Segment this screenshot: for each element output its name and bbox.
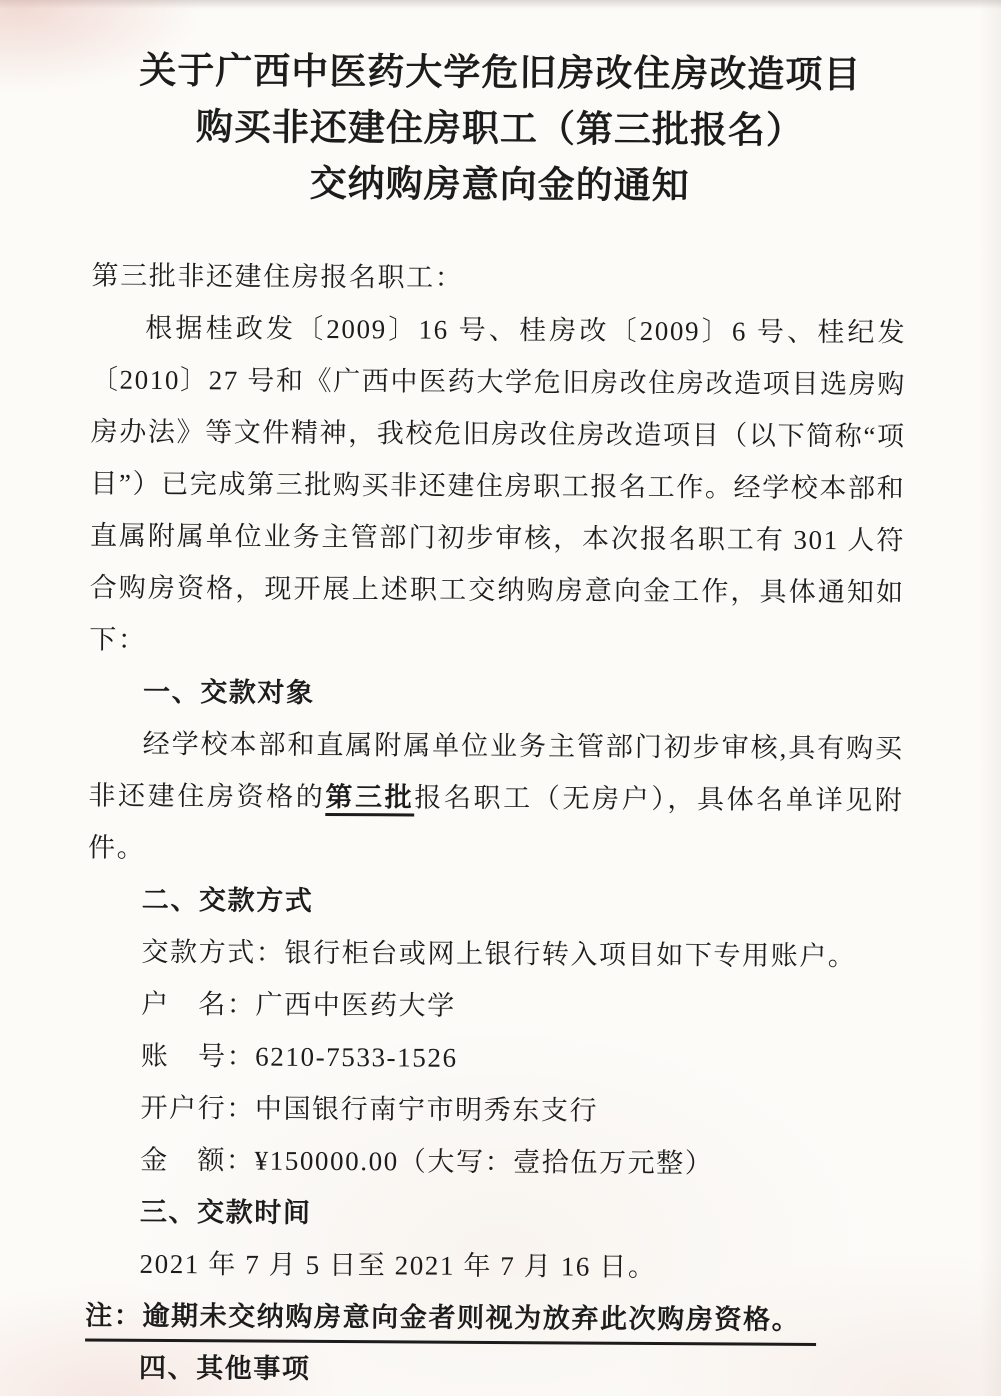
note-underlined-text: 注：逾期未交纳购房意向金者则视为放弃此次购房资格。 bbox=[85, 1293, 816, 1345]
account-amount-value: ¥150000.00（大写：壹拾伍万元整） bbox=[255, 1146, 714, 1179]
account-number-value: 6210-7533-1526 bbox=[255, 1042, 458, 1073]
section-1-heading: 一、交款对象 bbox=[89, 665, 904, 722]
document-body: 第三批非还建住房报名职工： 根据桂政发〔2009〕16 号、桂房改〔2009〕6… bbox=[85, 250, 907, 1396]
section-2-intro: 交款方式：银行柜台或网上银行转入项目如下专用账户。 bbox=[87, 925, 902, 982]
account-bank-line: 开户行：中国银行南宁市明秀东支行 bbox=[86, 1081, 901, 1138]
account-amount-label: 金 额： bbox=[140, 1145, 255, 1176]
account-number-line: 账 号：6210-7533-1526 bbox=[87, 1029, 902, 1086]
section-1-paragraph: 经学校本部和直属附属单位业务主管部门初步审核,具有购买非还建住房资格的第三批报名… bbox=[88, 717, 904, 878]
salutation: 第三批非还建住房报名职工： bbox=[91, 250, 906, 307]
payment-date-line: 2021 年 7 月 5 日至 2021 年 7 月 16 日。 bbox=[85, 1237, 900, 1294]
account-name-value: 广西中医药大学 bbox=[255, 990, 455, 1021]
title-line-2: 购买非还建住房职工（第三批报名） bbox=[92, 100, 907, 161]
section-2-heading: 二、交款方式 bbox=[88, 873, 903, 930]
account-name-label: 户 名： bbox=[141, 989, 256, 1020]
account-name-line: 户 名：广西中医药大学 bbox=[87, 977, 902, 1034]
account-bank-label: 开户行： bbox=[140, 1093, 255, 1124]
account-number-label: 账 号： bbox=[141, 1041, 256, 1072]
account-bank-value: 中国银行南宁市明秀东支行 bbox=[255, 1094, 598, 1126]
scanned-notice-page: 关于广西中医药大学危旧房改住房改造项目 购买非还建住房职工（第三批报名） 交纳购… bbox=[0, 0, 1001, 1396]
document-content: 关于广西中医药大学危旧房改住房改造项目 购买非还建住房职工（第三批报名） 交纳购… bbox=[85, 44, 908, 1396]
account-amount-line: 金 额：¥150000.00（大写：壹拾伍万元整） bbox=[86, 1133, 901, 1190]
section-1-emphasis: 第三批 bbox=[325, 782, 414, 813]
note-line: 注：逾期未交纳购房意向金者则视为放弃此次购房资格。 bbox=[85, 1289, 900, 1346]
section-3-heading: 三、交款时间 bbox=[86, 1185, 901, 1242]
title-line-3: 交纳购房意向金的通知 bbox=[92, 156, 907, 217]
document-title: 关于广西中医药大学危旧房改住房改造项目 购买非还建住房职工（第三批报名） 交纳购… bbox=[92, 44, 908, 217]
section-4-heading: 四、其他事项 bbox=[85, 1341, 900, 1396]
title-line-1: 关于广西中医药大学危旧房改住房改造项目 bbox=[93, 44, 908, 105]
intro-paragraph: 根据桂政发〔2009〕16 号、桂房改〔2009〕6 号、桂纪发〔2010〕27… bbox=[89, 302, 906, 671]
